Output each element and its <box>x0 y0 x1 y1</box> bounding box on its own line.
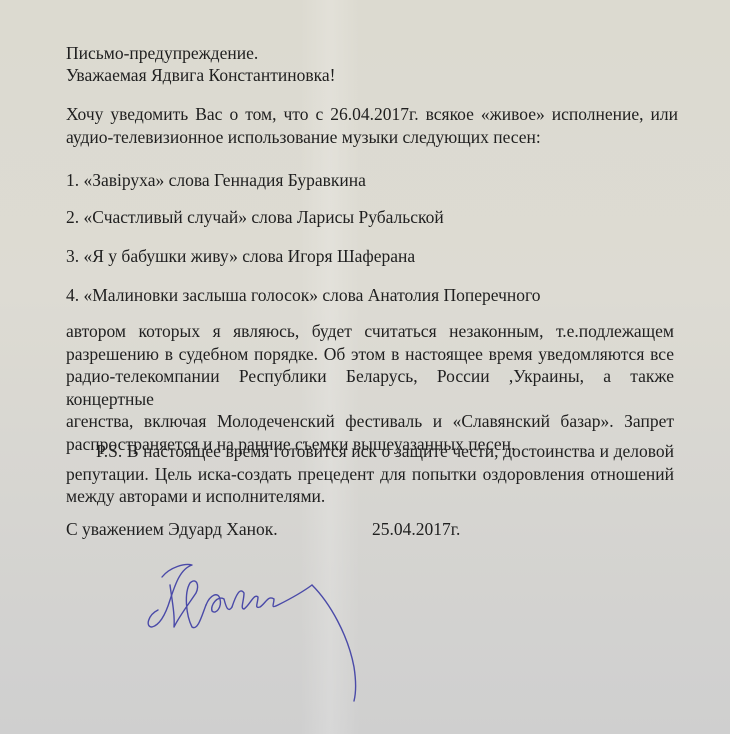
intro-line-2: аудио-телевизионное использование музыки… <box>66 126 678 149</box>
body-line-4: агенства, включая Молодеченский фестивал… <box>66 410 674 433</box>
song-item-4: 4. «Малиновки заслыша голосок» слова Ана… <box>66 284 541 306</box>
body-line-1: автором которых я являюсь, будет считать… <box>66 320 674 343</box>
closing-line: С уважением Эдуард Ханок. <box>66 518 278 540</box>
body-line-3: радио-телекомпании Республики Беларусь, … <box>66 365 674 410</box>
handwritten-signature <box>140 555 380 705</box>
ps-line-3: между авторами и исполнителями. <box>66 485 674 508</box>
letter-heading: Письмо-предупреждение. <box>66 42 258 64</box>
song-item-3: 3. «Я у бабушки живу» слова Игоря Шафера… <box>66 245 415 267</box>
song-item-1: 1. «Завiруха» слова Геннадия Буравкина <box>66 169 366 191</box>
letter-salutation: Уважаемая Ядвига Константиновка! <box>66 64 335 86</box>
intro-paragraph: Хочу уведомить Вас о том, что с 26.04.20… <box>66 103 678 148</box>
body-paragraph: автором которых я являюсь, будет считать… <box>66 320 674 455</box>
intro-line-1: Хочу уведомить Вас о том, что с 26.04.20… <box>66 103 678 126</box>
ps-line-2: репутации. Цель иска-создать прецедент д… <box>66 463 674 486</box>
letter-date: 25.04.2017г. <box>372 518 460 540</box>
song-item-2: 2. «Счастливый случай» слова Ларисы Руба… <box>66 206 444 228</box>
body-line-2: разрешению в судебном порядке. Об этом в… <box>66 343 674 366</box>
ps-paragraph: P.S. В настоящее время готовится иск о з… <box>66 440 674 508</box>
ps-line-1: P.S. В настоящее время готовится иск о з… <box>66 440 674 463</box>
